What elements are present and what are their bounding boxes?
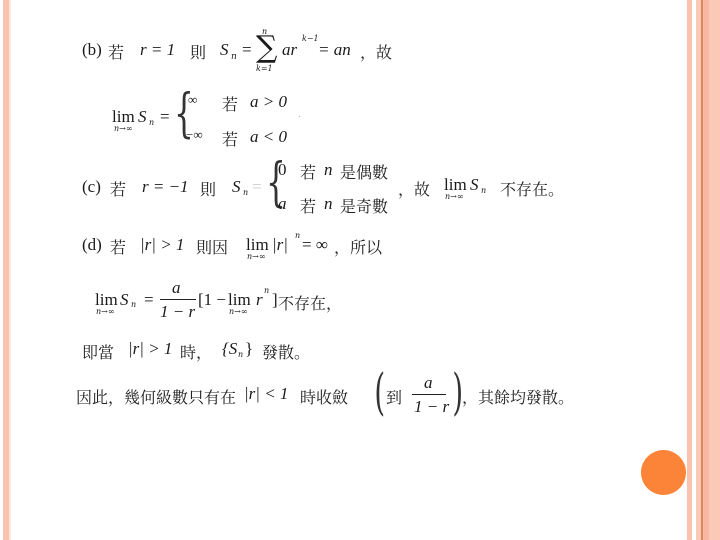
- paren-open: (: [374, 367, 385, 417]
- summary-condition: |r| < 1: [244, 384, 288, 404]
- divergence-condition: |r| > 1: [128, 339, 172, 359]
- case-b-ze: 則: [190, 40, 206, 63]
- case2-value: −∞: [186, 127, 203, 143]
- case2-condition: a < 0: [250, 127, 287, 147]
- case-b-S-sub: n: [231, 52, 237, 62]
- case-c-gu: ，故: [398, 177, 430, 200]
- right-thin-stripe: [687, 0, 692, 540]
- case-d-label: (d): [82, 235, 102, 255]
- case1-value: ∞: [188, 92, 197, 108]
- case-d-eq: = ∞: [302, 235, 328, 255]
- case-b-S: S: [220, 40, 229, 60]
- case-c-condition: r = −1: [142, 177, 189, 197]
- case-d-limit-r-sup: n: [264, 286, 269, 295]
- sequence-sub: n: [238, 350, 243, 359]
- fraction-bar: [160, 299, 196, 300]
- case-c-S2-sub: n: [481, 186, 486, 195]
- case-c-S: S: [232, 177, 241, 197]
- case1-condition: a > 0: [250, 92, 287, 112]
- bracket-close: ]: [272, 290, 278, 310]
- limit-eq: =: [160, 107, 170, 127]
- limit-S: S: [138, 107, 147, 127]
- slide-content: (b) 若 r = 1 則 S n = n ∑ k=1 ar k−1 = an …: [0, 0, 680, 540]
- case-d-limit-conclusion: 不存在，: [278, 291, 342, 314]
- case-c-case2-desc: 是奇數: [340, 194, 388, 217]
- case-d-limit-lim-sub: n→∞: [96, 307, 115, 316]
- case-d-condition: |r| > 1: [140, 235, 184, 255]
- case-c-ruo: 若: [110, 177, 126, 200]
- case-c-case2-value: a: [278, 194, 287, 214]
- case-b-label: (b): [82, 40, 102, 60]
- fasan: 發散。: [262, 340, 310, 363]
- case-b-eq1: =: [242, 40, 252, 60]
- case-c-eq: =: [252, 177, 262, 197]
- case-b-result: = an: [318, 40, 351, 60]
- case-d-limit-lim2-sub: n→∞: [229, 307, 248, 316]
- case-c-conclusion: 不存在。: [500, 177, 564, 200]
- case1-ruo: 若: [222, 92, 238, 115]
- case-d-lim-sub: n→∞: [247, 252, 266, 261]
- case-d-suoyi: ，所以: [334, 235, 382, 258]
- case-b-gu: ，故: [360, 40, 392, 63]
- jidang: 即當: [82, 340, 114, 363]
- case2-ruo: 若: [222, 127, 238, 150]
- right-stripe-band: [703, 0, 709, 540]
- summary-numerator: a: [424, 373, 433, 393]
- case-d-abs-r: |r|: [272, 235, 288, 255]
- summary-text2: 時收斂: [300, 385, 348, 408]
- case-d-ze-yin: 則因: [196, 235, 228, 258]
- case-b-term: ar: [282, 40, 297, 60]
- case-c-case1-n: n: [324, 160, 333, 180]
- sequence-open: {S: [222, 339, 237, 359]
- summary-denominator: 1 − r: [414, 397, 449, 417]
- sequence-close: }: [245, 339, 253, 359]
- fraction-denominator: 1 − r: [160, 302, 195, 322]
- case-c-case1-ruo: 若: [300, 160, 316, 183]
- case-c-S-sub: n: [243, 188, 248, 197]
- divergence-shi: 時，: [180, 340, 212, 363]
- lim-sub: n→∞: [114, 124, 133, 133]
- case-d-sup: n: [295, 231, 300, 240]
- case-c-label: (c): [82, 177, 101, 197]
- case-c-lim-sub: n→∞: [445, 192, 464, 201]
- limit-trail-dot: .: [298, 110, 301, 119]
- bracket-open: [1 −: [198, 290, 226, 310]
- case-b-term-sup: k−1: [302, 34, 319, 43]
- case-d-limit-r: r: [256, 290, 263, 310]
- case-c-ze: 則: [200, 177, 216, 200]
- case-c-case1-value: 0: [278, 160, 287, 180]
- summary-text3: ，其餘均發散。: [462, 385, 574, 408]
- case-d-limit-eq: =: [144, 290, 154, 310]
- case-c-S2: S: [470, 175, 479, 195]
- case-b-condition: r = 1: [140, 40, 175, 60]
- case-d-limit-S-sub: n: [131, 300, 136, 309]
- case-d-limit-S: S: [120, 290, 129, 310]
- case-d-ruo: 若: [110, 235, 126, 258]
- case-c-case2-n: n: [324, 194, 333, 214]
- case-b-ruo: 若: [108, 40, 124, 63]
- case-c-case2-ruo: 若: [300, 194, 316, 217]
- case-c-case1-desc: 是偶數: [340, 160, 388, 183]
- summary-text1: 因此，幾何級數只有在: [76, 385, 236, 408]
- summary-dao: 到: [386, 385, 402, 408]
- fraction-numerator: a: [172, 278, 181, 298]
- sum-lower: k=1: [256, 64, 273, 73]
- limit-S-sub: n: [149, 118, 154, 127]
- sum-sign: ∑: [256, 33, 277, 63]
- right-stripe-line: [701, 0, 703, 540]
- summary-fraction-bar: [412, 394, 446, 395]
